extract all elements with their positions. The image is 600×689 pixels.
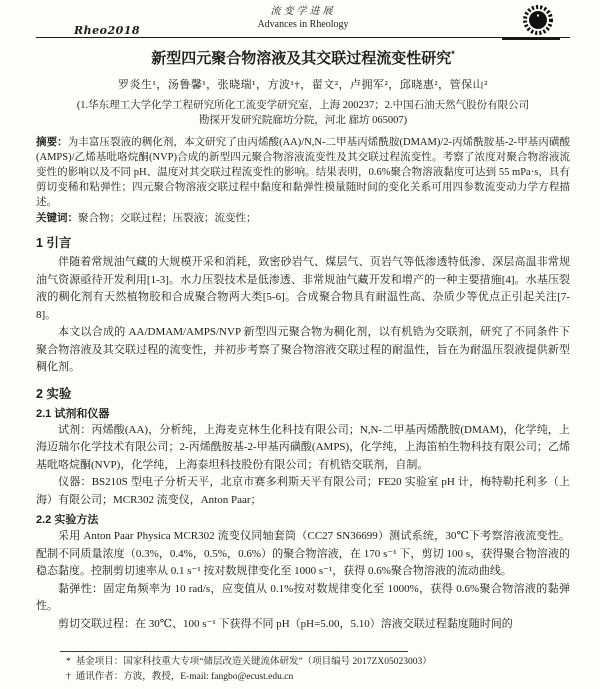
intro-paragraph-1: 伴随着常规油气藏的大规模开采和消耗，致密砂岩气、煤层气、页岩气等低渗透特低渗、深… <box>36 254 570 324</box>
abstract-text: 为丰富压裂液的稠化剂，本文研究了由丙烯酸(AA)/N,N-二甲基丙烯酰胺(DMA… <box>36 137 570 208</box>
affiliation-line-1: (1.华东理工大学化学工程研究所化工流变学研究室，上海 200237；2.中国石… <box>36 98 570 113</box>
footnote-author-text: 通讯作者：方波，教授，E-mail: fangbo@ecust.edu.cn <box>76 672 293 682</box>
author-list: 罗炎生¹，汤鲁馨¹，张晓瑞¹，方波¹†，翟文²，卢拥军²，邱晓惠²，管保山² <box>36 76 570 92</box>
affiliation: (1.华东理工大学化学工程研究所化工流变学研究室，上海 200237；2.中国石… <box>36 98 570 128</box>
title-text: 新型四元聚合物溶液及其交联过程流变性研究 <box>151 50 451 67</box>
instruments-paragraph: 仪器：BS210S 型电子分析天平，北京市赛多利斯天平有限公司；FE20 实验室… <box>36 474 570 509</box>
abstract: 摘要：为丰富压裂液的稠化剂，本文研究了由丙烯酸(AA)/N,N-二甲基丙烯酰胺(… <box>36 135 570 210</box>
paper-page: Rheo2018 流变学进展 Advances in Rheology 新型四元… <box>0 0 600 689</box>
section-heading-experiment: 2 实验 <box>36 384 570 402</box>
abstract-label: 摘要： <box>36 137 68 148</box>
methods-paragraph-1: 采用 Anton Paar Physica MCR302 流变仪同轴套筒（CC2… <box>36 528 570 581</box>
subsection-heading-reagents: 2.1 试剂和仪器 <box>36 405 570 421</box>
header-rule-mark <box>502 37 560 41</box>
page-title: 新型四元聚合物溶液及其交联过程流变性研究* <box>36 47 570 68</box>
footnote-corresponding-author: †通讯作者：方波，教授，E-mail: fangbo@ecust.edu.cn <box>36 670 570 685</box>
section-heading-introduction: 1 引言 <box>36 233 570 251</box>
journal-name-cn: 流变学进展 <box>36 6 570 19</box>
affiliation-line-2: 勘探开发研究院廊坊分院，河北 廊坊 065007) <box>36 113 570 128</box>
keywords: 关键词：聚合物；交联过程；压裂液；流变性； <box>36 211 570 226</box>
keywords-text: 聚合物；交联过程；压裂液；流变性； <box>78 213 257 224</box>
footnote-marker-dagger: † <box>66 670 71 685</box>
subsection-heading-methods: 2.2 实验方法 <box>36 511 570 527</box>
reagents-paragraph: 试剂：丙烯酸(AA)，分析纯，上海麦克林生化科技有限公司；N,N-二甲基丙烯酰胺… <box>36 422 570 475</box>
methods-paragraph-2: 黏弹性：固定角频率为 10 rad/s，应变值从 0.1%按对数规律变化至 10… <box>36 581 570 616</box>
title-footnote-mark: * <box>451 49 455 59</box>
journal-header: Rheo2018 流变学进展 Advances in Rheology <box>36 6 570 38</box>
footnote-marker-asterisk: * <box>66 655 71 670</box>
intro-paragraph-2: 本文以合成的 AA/DMAM/AMPS/NVP 新型四元聚合物为稠化剂，以有机锆… <box>36 324 570 377</box>
journal-logo: Rheo2018 <box>74 24 140 37</box>
footnote-funding-text: 基金项目：国家科技重大专项“储层改造关键流体研发”（项目编号 2017ZX050… <box>76 657 432 667</box>
journal-seal-icon <box>522 4 554 36</box>
footnote-area: *基金项目：国家科技重大专项“储层改造关键流体研发”（项目编号 2017ZX05… <box>36 651 570 684</box>
footnote-divider <box>60 651 408 652</box>
keywords-label: 关键词： <box>36 213 78 224</box>
methods-paragraph-3: 剪切交联过程：在 30℃、100 s⁻¹ 下获得不同 pH（pH=5.00，5.… <box>36 616 570 634</box>
footnote-funding: *基金项目：国家科技重大专项“储层改造关键流体研发”（项目编号 2017ZX05… <box>36 655 570 670</box>
